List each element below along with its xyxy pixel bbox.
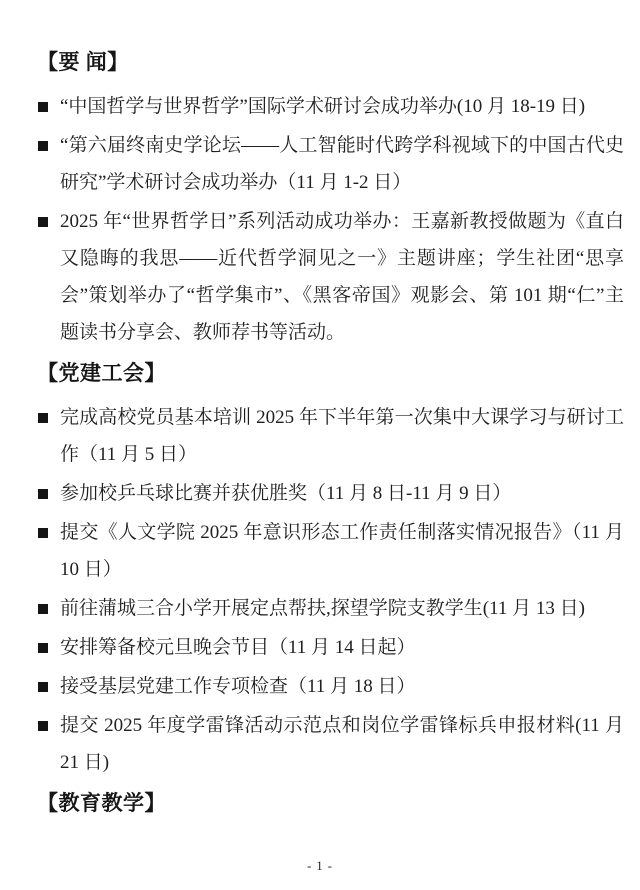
- bulletin-item: “第六届终南史学论坛——人工智能时代跨学科视域下的中国古代史研究”学术研讨会成功…: [37, 127, 624, 201]
- section-heading: 【要 闻】: [37, 42, 624, 82]
- bulletin-item: “中国哲学与世界哲学”国际学术研讨会成功举办(10 月 18-19 日): [37, 88, 624, 125]
- bulletin-item-text: 提交《人文学院 2025 年意识形态工作责任制落实情况报告》（11 月 10 日…: [60, 522, 624, 580]
- bullet-square-icon: [38, 528, 48, 538]
- section-news: 【要 闻】 “中国哲学与世界哲学”国际学术研讨会成功举办(10 月 18-19 …: [37, 42, 624, 351]
- bulletin-item: 安排筹备校元旦晚会节目（11 月 14 日起）: [37, 629, 624, 666]
- bulletin-item-text: “第六届终南史学论坛——人工智能时代跨学科视域下的中国古代史研究”学术研讨会成功…: [60, 135, 624, 193]
- bulletin-item-text: “中国哲学与世界哲学”国际学术研讨会成功举办(10 月 18-19 日): [60, 96, 585, 117]
- document-content: 【要 闻】 “中国哲学与世界哲学”国际学术研讨会成功举办(10 月 18-19 …: [0, 0, 640, 823]
- bullet-square-icon: [38, 604, 48, 614]
- bulletin-item: 参加校乒乓球比赛并获优胜奖（11 月 8 日-11 月 9 日）: [37, 475, 624, 512]
- bullet-square-icon: [38, 489, 48, 499]
- bulletin-item: 2025 年“世界哲学日”系列活动成功举办：王嘉新教授做题为《直白又隐晦的我思—…: [37, 203, 624, 351]
- bullet-square-icon: [38, 682, 48, 692]
- bulletin-item-text: 接受基层党建工作专项检查（11 月 18 日）: [60, 676, 416, 697]
- bulletin-item: 前往蒲城三合小学开展定点帮扶,探望学院支教学生(11 月 13 日): [37, 590, 624, 627]
- bullet-square-icon: [38, 721, 48, 731]
- bulletin-item: 提交《人文学院 2025 年意识形态工作责任制落实情况报告》（11 月 10 日…: [37, 514, 624, 588]
- bulletin-item-text: 2025 年“世界哲学日”系列活动成功举办：王嘉新教授做题为《直白又隐晦的我思—…: [60, 211, 624, 343]
- bulletin-item: 接受基层党建工作专项检查（11 月 18 日）: [37, 668, 624, 705]
- document-page: 【要 闻】 “中国哲学与世界哲学”国际学术研讨会成功举办(10 月 18-19 …: [0, 0, 640, 890]
- section-education: 【教育教学】: [37, 783, 624, 823]
- bulletin-item-text: 提交 2025 年度学雷锋活动示范点和岗位学雷锋标兵申报材料(11 月 21 日…: [60, 715, 624, 773]
- bullet-square-icon: [38, 217, 48, 227]
- bulletin-item-text: 参加校乒乓球比赛并获优胜奖（11 月 8 日-11 月 9 日）: [60, 483, 511, 504]
- section-party-union: 【党建工会】 完成高校党员基本培训 2025 年下半年第一次集中大课学习与研讨工…: [37, 353, 624, 781]
- bulletin-item: 完成高校党员基本培训 2025 年下半年第一次集中大课学习与研讨工作（11 月 …: [37, 399, 624, 473]
- section-heading: 【党建工会】: [37, 353, 624, 393]
- bulletin-item-text: 完成高校党员基本培训 2025 年下半年第一次集中大课学习与研讨工作（11 月 …: [60, 407, 624, 465]
- section-heading: 【教育教学】: [37, 783, 624, 823]
- page-number: - 1 -: [0, 859, 640, 874]
- bullet-square-icon: [38, 643, 48, 653]
- bullet-square-icon: [38, 102, 48, 112]
- bullet-square-icon: [38, 141, 48, 151]
- bulletin-item-text: 前往蒲城三合小学开展定点帮扶,探望学院支教学生(11 月 13 日): [60, 598, 585, 619]
- bulletin-item-text: 安排筹备校元旦晚会节目（11 月 14 日起）: [60, 637, 416, 658]
- bulletin-item: 提交 2025 年度学雷锋活动示范点和岗位学雷锋标兵申报材料(11 月 21 日…: [37, 707, 624, 781]
- bullet-square-icon: [38, 413, 48, 423]
